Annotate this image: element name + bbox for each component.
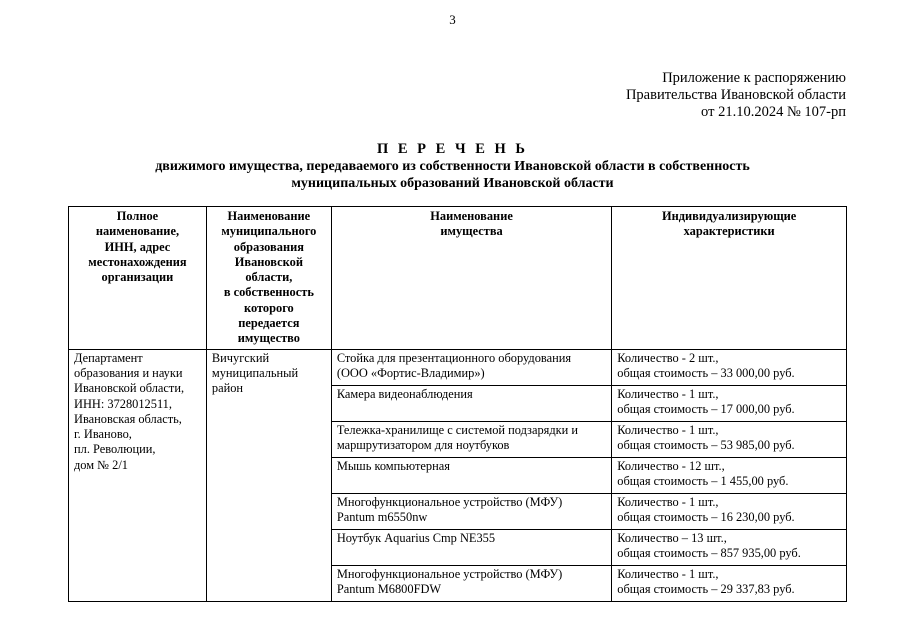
characteristics-cell: Количество - 1 шт., общая стоимость – 17… [612, 385, 847, 421]
property-table: Полное наименование, ИНН, адрес местонах… [68, 206, 847, 602]
characteristics-cell: Количество - 2 шт., общая стоимость – 33… [612, 349, 847, 385]
appendix-line-2: Правительства Ивановской области [626, 87, 846, 104]
title-line-2: муниципальных образований Ивановской обл… [0, 175, 905, 192]
table-header-row: Полное наименование, ИНН, адрес местонах… [69, 207, 847, 350]
appendix-line-1: Приложение к распоряжению [626, 70, 846, 87]
property-name-cell: Стойка для презентационного оборудования… [331, 349, 611, 385]
organization-cell: Департамент образования и науки Ивановск… [69, 349, 207, 601]
property-name-cell: Многофункциональное устройство (МФУ) Pan… [331, 493, 611, 529]
characteristics-cell: Количество - 12 шт., общая стоимость – 1… [612, 457, 847, 493]
characteristics-cell: Количество - 1 шт., общая стоимость – 53… [612, 421, 847, 457]
characteristics-cell: Количество - 1 шт., общая стоимость – 29… [612, 565, 847, 601]
municipality-cell: Вичугский муниципальный район [206, 349, 331, 601]
property-name-cell: Многофункциональное устройство (МФУ) Pan… [331, 565, 611, 601]
table-row: Департамент образования и науки Ивановск… [69, 349, 847, 385]
property-name-cell: Мышь компьютерная [331, 457, 611, 493]
property-name-cell: Тележка-хранилище с системой подзарядки … [331, 421, 611, 457]
document-title: П Е Р Е Ч Е Н Ь движимого имущества, пер… [0, 141, 905, 192]
characteristics-cell: Количество - 1 шт., общая стоимость – 16… [612, 493, 847, 529]
characteristics-cell: Количество – 13 шт., общая стоимость – 8… [612, 529, 847, 565]
property-name-cell: Камера видеонаблюдения [331, 385, 611, 421]
header-characteristics: Индивидуализирующие характеристики [612, 207, 847, 350]
header-municipality: Наименование муниципального образования … [206, 207, 331, 350]
property-name-cell: Ноутбук Aquarius Cmp NE355 [331, 529, 611, 565]
title-main: П Е Р Е Ч Е Н Ь [0, 141, 905, 158]
header-organization: Полное наименование, ИНН, адрес местонах… [69, 207, 207, 350]
header-property-name: Наименование имущества [331, 207, 611, 350]
page-number: 3 [0, 12, 905, 28]
appendix-reference: Приложение к распоряжению Правительства … [626, 70, 846, 121]
appendix-line-3: от 21.10.2024 № 107-рп [626, 104, 846, 121]
title-line-1: движимого имущества, передаваемого из со… [0, 158, 905, 175]
